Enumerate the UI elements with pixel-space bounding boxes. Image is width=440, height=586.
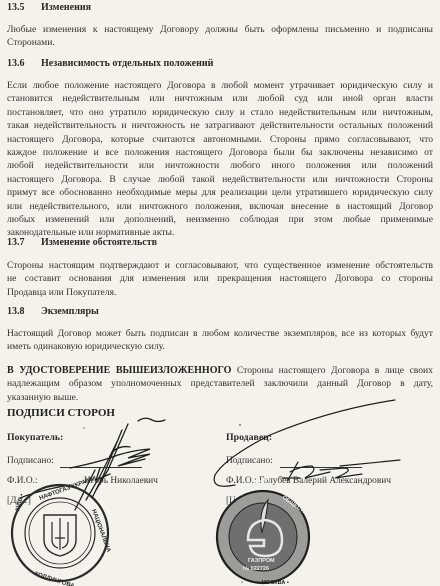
buyer-signed-label: Подписано: — [7, 456, 54, 466]
section-13-7-text: Стороны настоящим подтверждают и согласо… — [7, 259, 433, 299]
text-line: или недействительного, или ничтожного по… — [7, 200, 433, 213]
text-line: Если любое положение настоящего Договора… — [7, 79, 433, 92]
svg-text:№ 022726: № 022726 — [243, 566, 269, 572]
seller-signed-label: Подписано: — [226, 456, 273, 466]
witness-lead: В УДОСТОВЕРЕНИЕ ВЫШЕИЗЛОЖЕННОГО — [7, 365, 231, 376]
signatures-title: ПОДПИСИ СТОРОН — [7, 407, 115, 419]
section-title: Изменения — [41, 2, 91, 13]
text-line: В УДОСТОВЕРЕНИЕ ВЫШЕИЗЛОЖЕННОГО Стороны … — [7, 364, 433, 377]
text-line: не составит основания для изменения или … — [7, 272, 433, 285]
text-line: Сторонами. — [7, 36, 433, 49]
text-line: Продавца или Покупателя. — [7, 286, 433, 299]
seller-name-label: Ф.И.О.: — [226, 476, 257, 486]
text-line: иметь одинаковую юридическую силу. — [7, 340, 433, 353]
svg-text:ХОЛДИНГОВА: ХОЛДИНГОВА — [33, 571, 75, 586]
buyer-name-field: Ф.И.О.: Игорь Николаевич — [7, 476, 158, 486]
section-number: 13.5 — [7, 2, 41, 13]
text-line: указанную выше. — [7, 391, 433, 404]
witness-line1: Стороны настоящего Договора в лице своих — [237, 365, 433, 376]
section-13-6-text: Если любое положение настоящего Договора… — [7, 79, 433, 240]
text-line: каждое положение и все положения настоящ… — [7, 146, 433, 159]
contract-page: 13.5Изменения Любые изменения к настояще… — [0, 0, 440, 586]
section-13-5-text: Любые изменения к настоящему Договору до… — [7, 23, 433, 50]
text-line: любой недействительности или ничтожности… — [7, 159, 433, 172]
text-line: Настоящий Договор может быть подписан в … — [7, 327, 433, 340]
seller-role: Продавец: — [226, 432, 272, 443]
seller-name-field: Ф.И.О.: Голубев Валерий Александрович — [226, 476, 391, 486]
text-line: становится недействительным или ничтожны… — [7, 92, 433, 105]
section-13-6-heading: 13.6Независимость отдельных положений — [7, 58, 213, 69]
seller-position: [П — [226, 496, 236, 506]
svg-text:НАЦІОНАЛЬНА: НАЦІОНАЛЬНА — [90, 509, 111, 554]
section-13-8-heading: 13.8Экземпляры — [7, 306, 99, 317]
text-line: надлежащим образом уполномоченных предст… — [7, 377, 433, 390]
section-title: Независимость отдельных положений — [41, 58, 213, 69]
buyer-position: [Д...с] — [7, 496, 31, 506]
text-line: любых изменений или дополнений, неизменн… — [7, 213, 433, 226]
buyer-name-label: Ф.И.О.: — [7, 476, 38, 486]
text-line: Любые изменения к настоящему Договору до… — [7, 23, 433, 36]
seller-signature-icon — [214, 400, 400, 486]
text-line: такая недействительность и ничтожность н… — [7, 119, 433, 132]
gazprom-seal-icon: ГАЗПРОМ № 022726 АКЦИОНЕРНОЕ ОБЩЕСТВО • … — [217, 475, 312, 586]
text-line: примут все обоснованно необходимые меры … — [7, 186, 433, 199]
text-line: постановляет, что оно утратило юридическ… — [7, 106, 433, 119]
buyer-signature-line — [60, 467, 142, 468]
text-line: настоящего Договора, которые считаются а… — [7, 133, 433, 146]
section-number: 13.7 — [7, 237, 41, 248]
buyer-role: Покупатель: — [7, 432, 63, 443]
svg-text:ОБЩЕСТВО: ОБЩЕСТВО — [281, 495, 312, 519]
section-title: Изменение обстоятельств — [41, 237, 157, 248]
text-line: настоящего Договора. В случае любой тако… — [7, 173, 433, 186]
section-number: 13.6 — [7, 58, 41, 69]
seller-name: Голубев Валерий Александрович — [259, 476, 391, 486]
section-title: Экземпляры — [41, 306, 99, 317]
section-13-7-heading: 13.7Изменение обстоятельств — [7, 237, 157, 248]
section-13-5-heading: 13.5Изменения — [7, 2, 91, 13]
seller-signature-line — [280, 467, 362, 468]
buyer-name: Игорь Николаевич — [84, 476, 158, 486]
svg-text:ГАЗПРОМ: ГАЗПРОМ — [248, 558, 275, 564]
section-number: 13.8 — [7, 306, 41, 317]
witness-clause: В УДОСТОВЕРЕНИЕ ВЫШЕИЗЛОЖЕННОГО Стороны … — [7, 364, 433, 404]
text-line: Стороны настоящим подтверждают и согласо… — [7, 259, 433, 272]
svg-text:• МОСКВА •: • МОСКВА • — [258, 580, 289, 586]
ukraine-trident-seal-icon: НАФТОГАЗ УКРАЇНИ НАЦІОНАЛЬНА ХОЛДИНГОВА … — [12, 475, 111, 586]
section-13-8-text: Настоящий Договор может быть подписан в … — [7, 327, 433, 354]
